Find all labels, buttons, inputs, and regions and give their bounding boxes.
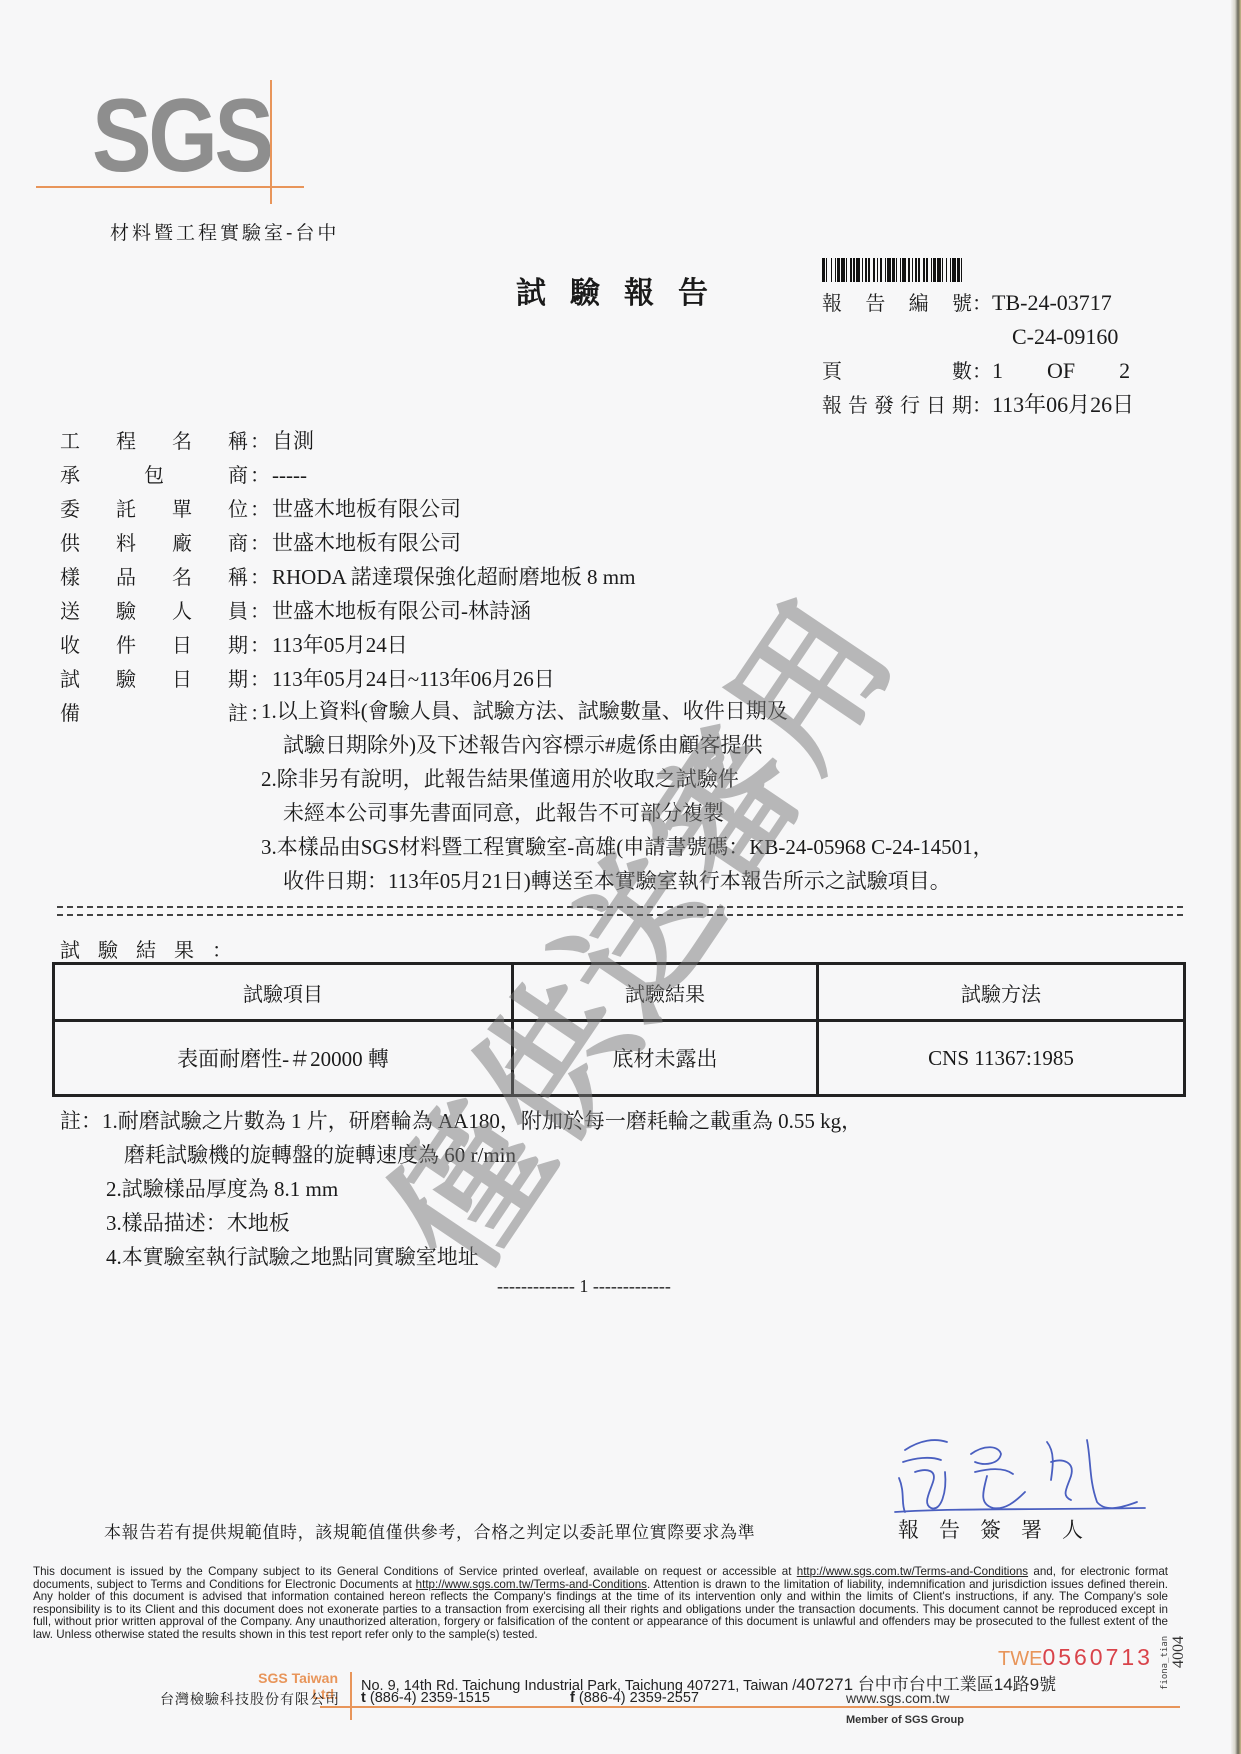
footnote-line: 註：1.耐磨試驗之片數為 1 片，研磨輪為 AA180，附加於每一磨耗輪之載重為… (60, 1104, 862, 1138)
footnote-line: 3.樣品描述：木地板 (60, 1206, 862, 1240)
company-name-cn: 台灣檢驗科技股份有限公司 (140, 1689, 340, 1709)
info-value: 世盛木地板有限公司 (272, 492, 461, 526)
info-value: 自測 (272, 424, 314, 458)
report-number-row: 報告編號：TB-24-03717 (822, 286, 1134, 320)
col-test-result: 試驗結果 (513, 964, 818, 1021)
logo-horizontal-line (36, 186, 304, 188)
phone: t (886-4) 2359-1515 (361, 1690, 490, 1706)
info-label: 樣品名稱 (60, 560, 248, 594)
lab-name: 材料暨工程實驗室-台中 (110, 218, 339, 245)
report-number-2: C-24-09160 (1012, 320, 1118, 354)
info-label: 試驗日期 (60, 662, 248, 696)
report-number-1: TB-24-03717 (992, 286, 1112, 320)
terms-link-1[interactable]: http://www.sgs.com.tw/Terms-and-Conditio… (797, 1565, 1028, 1578)
issue-date-label: 報告發行日期 (822, 388, 972, 422)
info-value: 113年05月24日~113年06月26日 (272, 662, 555, 696)
serial-number: TWE0560713 (998, 1644, 1153, 1671)
info-row: 委託單位：世盛木地板有限公司 (60, 492, 635, 526)
double-dashed-separator (57, 906, 1183, 916)
remark-line: 收件日期：113年05月21日)轉送至本實驗室執行本報告所示之試驗項目。 (261, 864, 994, 898)
footnote-line: 磨耗試驗機的旋轉盤的旋轉速度為 60 r/min (60, 1138, 862, 1172)
cell-test-method: CNS 11367:1985 (818, 1021, 1185, 1096)
footer-divider-vertical (350, 1672, 352, 1720)
col-test-item: 試驗項目 (54, 964, 513, 1021)
issue-date-row: 報告發行日期：113年06月26日 (822, 388, 1134, 422)
website-link[interactable]: www.sgs.com.tw (846, 1690, 949, 1706)
info-row: 承包商：----- (60, 458, 635, 492)
barcode (822, 258, 1068, 282)
col-test-method: 試驗方法 (818, 964, 1185, 1021)
info-value: 世盛木地板有限公司-林詩涵 (272, 594, 531, 628)
report-number-label: 報告編號 (822, 286, 972, 320)
fax: f (886-4) 2359-2557 (570, 1690, 699, 1706)
results-heading: 試驗結果： (60, 934, 250, 963)
footnote-line: 4.本實驗室執行試驗之地點同實驗室地址 (60, 1240, 862, 1274)
terms-link-2[interactable]: http://www.sgs.com.tw/Terms-and-Conditio… (416, 1578, 647, 1591)
info-label: 備註 (60, 696, 248, 730)
footnotes: 註：1.耐磨試驗之片數為 1 片，研磨輪為 AA180，附加於每一磨耗輪之載重為… (60, 1104, 862, 1274)
legal-disclaimer: This document is issued by the Company s… (33, 1566, 1168, 1642)
remark-line: 未經本公司事先書面同意，此報告不可部分複製 (261, 796, 994, 830)
cell-test-item: 表面耐磨性-＃20000 轉 (54, 1021, 513, 1096)
info-row: 收件日期：113年05月24日 (60, 628, 635, 662)
footnote-line: 2.試驗樣品厚度為 8.1 mm (60, 1172, 862, 1206)
info-label: 委託單位 (60, 492, 248, 526)
results-table: 試驗項目 試驗結果 試驗方法 表面耐磨性-＃20000 轉 底材未露出 CNS … (52, 962, 1186, 1097)
table-row: 表面耐磨性-＃20000 轉 底材未露出 CNS 11367:1985 (54, 1021, 1185, 1096)
info-row: 送驗人員：世盛木地板有限公司-林詩涵 (60, 594, 635, 628)
document-title: 試驗報告 (516, 268, 732, 312)
signature-icon (875, 1432, 1160, 1522)
member-of-group: Member of SGS Group (846, 1714, 964, 1726)
info-label: 收件日期 (60, 628, 248, 662)
info-label: 送驗人員 (60, 594, 248, 628)
range-disclaimer: 本報告若有提供規範值時，該規範值僅供參考，合格之判定以委託單位實際要求為準 (104, 1518, 755, 1543)
remark-line: 2.除非另有說明，此報告結果僅適用於收取之試驗件 (261, 762, 994, 796)
info-row: 工程名稱：自測 (60, 424, 635, 458)
remark-line: 3.本樣品由SGS材料暨工程實驗室-高雄(申請書號碼：KB-24-05968 C… (261, 830, 994, 864)
cell-test-result: 底材未露出 (513, 1021, 818, 1096)
info-fields: 工程名稱：自測承包商：-----委託單位：世盛木地板有限公司供料廠商：世盛木地板… (60, 424, 635, 730)
signer-label: 報告簽署人 (898, 1514, 1103, 1544)
logo-text: SGS (92, 84, 271, 188)
pages-row: 頁數：1 OF 2 (822, 354, 1134, 388)
sgs-logo: SGS (36, 78, 306, 198)
report-meta: 報告編號：TB-24-03717 C-24-09160 頁數：1 OF 2 報告… (822, 286, 1134, 422)
side-user-stamp: fiona_tian (1160, 1636, 1170, 1690)
remarks-list: 1.以上資料(會驗人員、試驗方法、試驗數量、收件日期及試驗日期除外)及下述報告內… (261, 694, 994, 898)
page-number: ------------- 1 ------------- (497, 1276, 671, 1297)
info-label: 供料廠商 (60, 526, 248, 560)
info-value: RHODA 諾達環保強化超耐磨地板 8 mm (272, 560, 635, 594)
pages-value: 1 OF 2 (992, 354, 1130, 388)
page-edge (1231, 0, 1241, 1754)
info-row: 樣品名稱：RHODA 諾達環保強化超耐磨地板 8 mm (60, 560, 635, 594)
info-row: 試驗日期：113年05月24日~113年06月26日 (60, 662, 635, 696)
issue-date: 113年06月26日 (992, 388, 1134, 422)
footer-divider-horizontal (320, 1706, 1180, 1708)
info-label: 工程名稱 (60, 424, 248, 458)
report-number-row-2: C-24-09160 (822, 320, 1134, 354)
info-value: ----- (272, 458, 307, 492)
info-label: 承包商 (60, 458, 248, 492)
remark-line: 試驗日期除外)及下述報告內容標示#處係由顧客提供 (261, 728, 994, 762)
remark-line: 1.以上資料(會驗人員、試驗方法、試驗數量、收件日期及 (261, 694, 994, 728)
info-value: 113年05月24日 (272, 628, 408, 662)
pages-label: 頁數 (822, 354, 972, 388)
info-value: 世盛木地板有限公司 (272, 526, 461, 560)
info-row: 供料廠商：世盛木地板有限公司 (60, 526, 635, 560)
logo-vertical-line (270, 80, 272, 204)
table-header-row: 試驗項目 試驗結果 試驗方法 (54, 964, 1185, 1021)
side-code-stamp: 4004 (1170, 1636, 1188, 1668)
